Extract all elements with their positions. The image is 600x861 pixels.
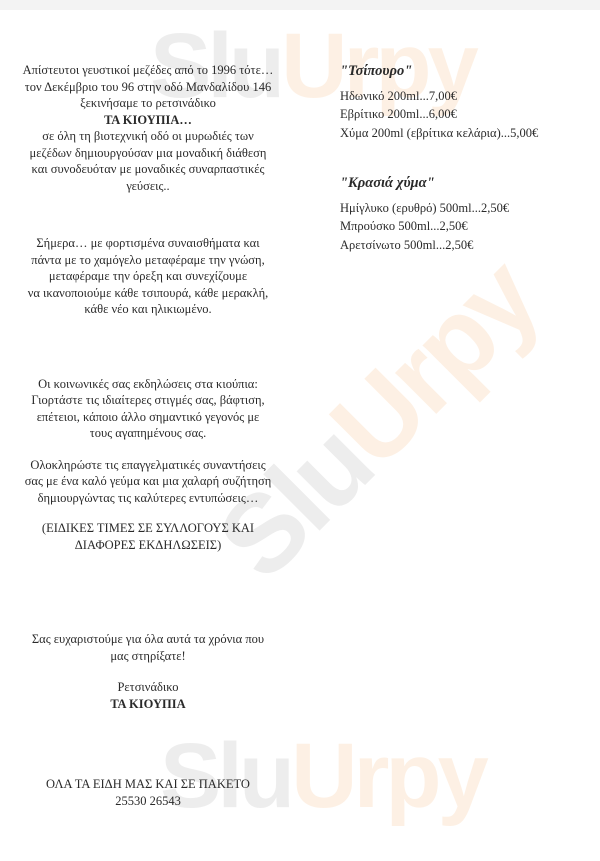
section-title: "Τσίπουρο" xyxy=(340,62,600,81)
takeaway-text: ΟΛΑ ΤΑ ΕΙΔΗ ΜΑΣ ΚΑΙ ΣΕ ΠΑΚΕΤΟ xyxy=(0,776,296,793)
signature-name: ΤΑ ΚΙΟΥΠΙΑ xyxy=(0,696,296,713)
phone-number: 25530 26543 xyxy=(0,793,296,810)
text-line: ξεκινήσαμε το ρετσινάδικο xyxy=(0,95,296,112)
section-title: "Κρασιά χύμα" xyxy=(340,174,600,193)
watermark-orange: Urpy xyxy=(291,725,485,827)
text-line: μεζέδων δημιουργούσαν μια μοναδική διάθε… xyxy=(0,145,296,162)
today-paragraph: Σήμερα… με φορτισμένα συναισθήματα και π… xyxy=(0,235,296,318)
menu-section-wine: "Κρασιά χύμα" Ημίγλυκο (ερυθρό) 500ml...… xyxy=(340,174,600,254)
text-line: να ικανοποιούμε κάθε τσιπουρά, κάθε μερα… xyxy=(0,285,296,302)
intro-paragraph: Απίστευτοι γευστικοί μεζέδες από το 1996… xyxy=(0,62,296,194)
menu-item: Ημίγλυκο (ερυθρό) 500ml...2,50€ xyxy=(340,199,600,218)
text-line: Γιορτάστε τις ιδιαίτερες στιγμές σας, βά… xyxy=(0,392,296,409)
text-line: τον Δεκέμβριο του 96 στην οδό Μανδαλίδου… xyxy=(0,79,296,96)
events-paragraph: Οι κοινωνικές σας εκδηλώσεις στα κιούπια… xyxy=(0,376,296,442)
thanks-paragraph: Σας ευχαριστούμε για όλα αυτά τα χρόνια … xyxy=(0,631,296,664)
text-line: (ΕΙΔΙΚΕΣ ΤΙΜΕΣ ΣΕ ΣΥΛΛΟΓΟΥΣ ΚΑΙ xyxy=(0,520,296,537)
text-line: πάντα με το χαμόγελο μεταφέραμε την γνώσ… xyxy=(0,252,296,269)
menu-section-tsipouro: "Τσίπουρο" Ηδωνικό 200ml...7,00€ Εβρίτικ… xyxy=(340,62,600,142)
signature: Ρετσινάδικο ΤΑ ΚΙΟΥΠΙΑ xyxy=(0,679,296,712)
text-line: Απίστευτοι γευστικοί μεζέδες από το 1996… xyxy=(0,62,296,79)
text-line: τους αγαπημένους σας. xyxy=(0,425,296,442)
takeaway-info: ΟΛΑ ΤΑ ΕΙΔΗ ΜΑΣ ΚΑΙ ΣΕ ΠΑΚΕΤΟ 25530 2654… xyxy=(0,776,296,809)
about-column: Απίστευτοι γευστικοί μεζέδες από το 1996… xyxy=(0,62,296,809)
menu-item: Εβρίτικο 200ml...6,00€ xyxy=(340,105,600,124)
special-prices-note: (ΕΙΔΙΚΕΣ ΤΙΜΕΣ ΣΕ ΣΥΛΛΟΓΟΥΣ ΚΑΙ ΔΙΑΦΟΡΕΣ… xyxy=(0,520,296,553)
text-line: μας στηρίξατε! xyxy=(0,648,296,665)
menu-item: Χύμα 200ml (εβρίτικα κελάρια)...5,00€ xyxy=(340,124,600,143)
text-line: Σήμερα… με φορτισμένα συναισθήματα και xyxy=(0,235,296,252)
text-line: Σας ευχαριστούμε για όλα αυτά τα χρόνια … xyxy=(0,631,296,648)
text-line: μεταφέραμε την όρεξη και συνεχίζουμε xyxy=(0,268,296,285)
text-line: και συνοδευόταν με μοναδικές συναρπαστικ… xyxy=(0,161,296,178)
menu-item: Αρετσίνωτο 500ml...2,50€ xyxy=(340,236,600,255)
text-line: επέτειοι, κάποιο άλλο σημαντικό γεγονός … xyxy=(0,409,296,426)
text-line: κάθε νέο και ηλικιωμένο. xyxy=(0,301,296,318)
text-line: ΔΙΑΦΟΡΕΣ ΕΚΔΗΛΩΣΕΙΣ) xyxy=(0,537,296,554)
top-band xyxy=(0,0,600,10)
menu-column: "Τσίπουρο" Ηδωνικό 200ml...7,00€ Εβρίτικ… xyxy=(340,62,600,254)
menu-item: Ηδωνικό 200ml...7,00€ xyxy=(340,87,600,106)
text-line: γεύσεις.. xyxy=(0,178,296,195)
text-line: σας με ένα καλό γεύμα και μια χαλαρή συζ… xyxy=(0,473,296,490)
restaurant-name: ΤΑ ΚΙΟΥΠΙΑ… xyxy=(0,112,296,129)
signature-label: Ρετσινάδικο xyxy=(0,679,296,696)
watermark-orange: Urpy xyxy=(308,237,561,490)
text-line: δημιουργώντας τις καλύτερες εντυπώσεις… xyxy=(0,490,296,507)
text-line: Οι κοινωνικές σας εκδηλώσεις στα κιούπια… xyxy=(0,376,296,393)
text-line: σε όλη τη βιοτεχνική οδό οι μυρωδιές των xyxy=(0,128,296,145)
menu-item: Μπρούσκο 500ml...2,50€ xyxy=(340,217,600,236)
business-paragraph: Ολοκληρώστε τις επαγγελματικές συναντήσε… xyxy=(0,457,296,507)
text-line: Ολοκληρώστε τις επαγγελματικές συναντήσε… xyxy=(0,457,296,474)
